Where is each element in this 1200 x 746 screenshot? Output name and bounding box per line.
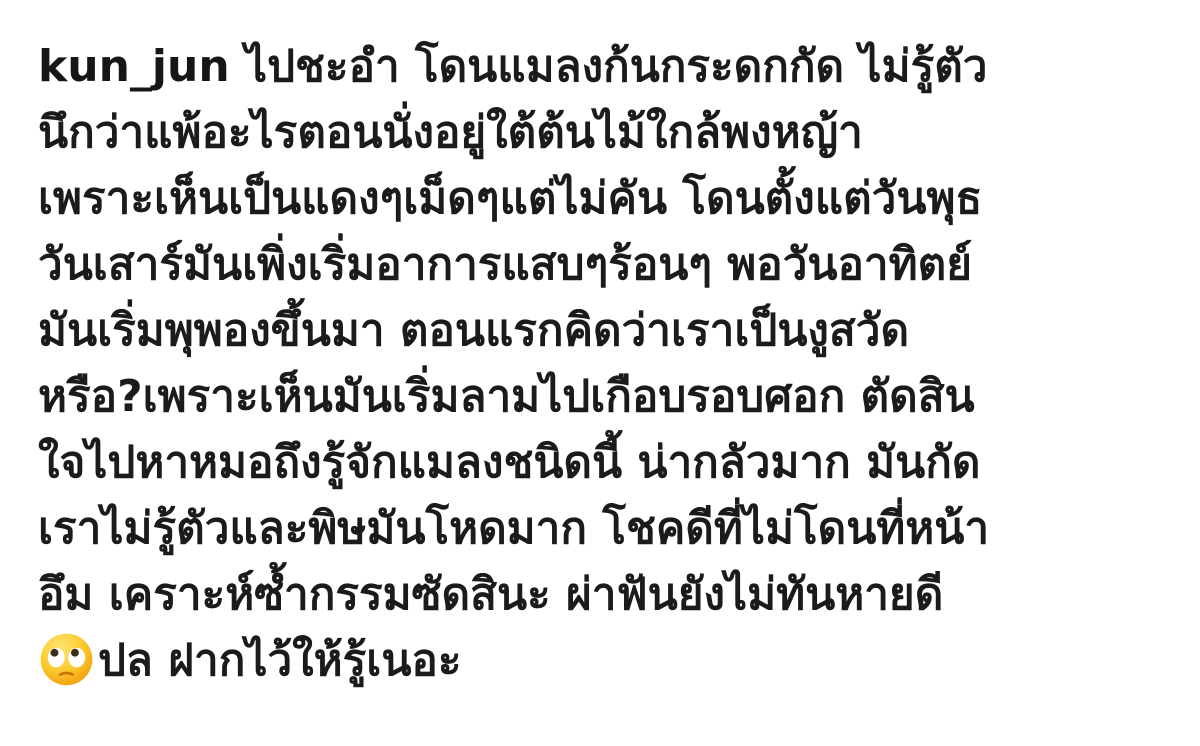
caption-line: วันเสาร์มันเพิ่งเริ่มอาการแสบๆร้อนๆ พอวั… [38, 232, 1188, 298]
caption-line: เพราะเห็นเป็นแดงๆเม็ดๆแต่ไม่คัน โดนตั้งแ… [38, 166, 1188, 232]
face-with-rolling-eyes-emoji-icon [38, 630, 95, 687]
caption-line: นึกว่าแพ้อะไรตอนนั่งอยู่ใต้ต้นไม้ใกล้พงห… [38, 100, 1188, 166]
caption-line-text: ไปชะอำ โดนแมลงก้นกระดกกัด ไม่รู้ตัว [230, 41, 988, 92]
caption-line: อึม เคราะห์ซ้ำกรรมซัดสินะ ผ่าฟันยังไม่ทั… [38, 562, 1188, 628]
caption-line: มันเริ่มพุพองขึ้นมา ตอนแรกคิดว่าเราเป็นง… [38, 298, 1188, 364]
caption-text-block: kun_jun ไปชะอำ โดนแมลงก้นกระดกกัด ไม่รู้… [38, 34, 1188, 694]
username-link[interactable]: kun_jun [38, 41, 230, 92]
caption-line: ปล ฝากไว้ให้รู้เนอะ [38, 628, 1188, 694]
caption-line: หรือ?เพราะเห็นมันเริ่มลามไปเกือบรอบศอก ต… [38, 364, 1188, 430]
caption-line: เราไม่รู้ตัวและพิษมันโหดมาก โชคดีที่ไม่โ… [38, 496, 1188, 562]
caption-line: kun_jun ไปชะอำ โดนแมลงก้นกระดกกัด ไม่รู้… [38, 34, 1188, 100]
caption-line: ใจไปหาหมอถึงรู้จักแมลงชนิดนี้ น่ากลัวมาก… [38, 430, 1188, 496]
caption-line-text: ปล ฝากไว้ให้รู้เนอะ [98, 635, 461, 686]
